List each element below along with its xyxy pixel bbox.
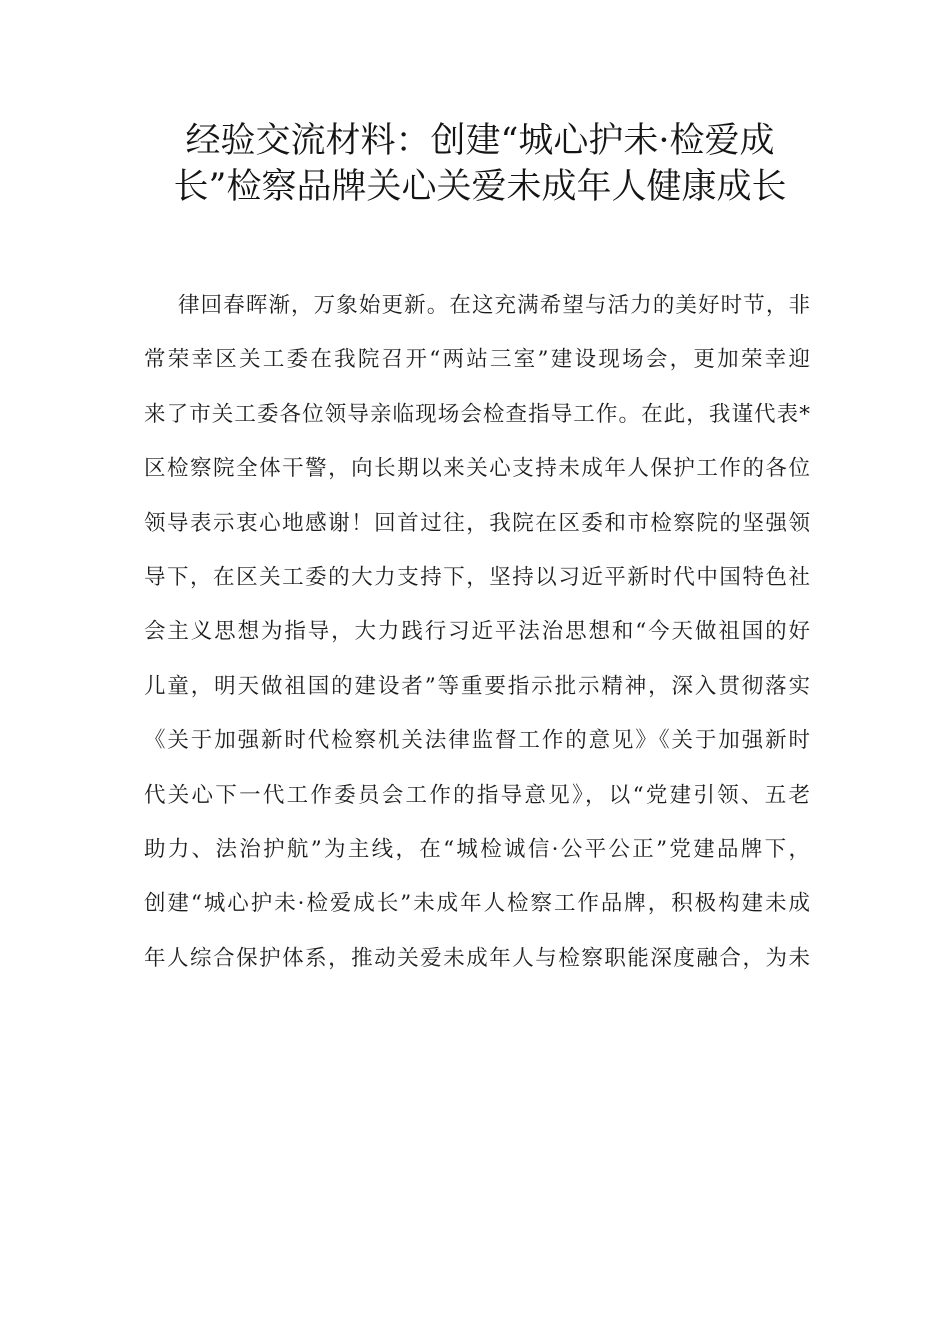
title-line-1: 经验交流材料：创建“城心护未·检爱成 [150, 118, 810, 164]
document-body: 律回春晖渐，万象始更新。在这充满希望与活力的美好时节，非 常荣幸区关工委在我院召… [144, 284, 810, 991]
body-line: 区检察院全体干警，向长期以来关心支持未成年人保护工作的各位 [144, 447, 810, 501]
body-line: 代关心下一代工作委员会工作的指导意见》，以“党建引领、五老 [144, 774, 810, 828]
document-title: 经验交流材料：创建“城心护未·检爱成 长”检察品牌关心关爱未成年人健康成长 [150, 118, 810, 210]
body-line: 导下，在区关工委的大力支持下，坚持以习近平新时代中国特色社 [144, 556, 810, 610]
body-line: 年人综合保护体系，推动关爱未成年人与检察职能深度融合，为未 [144, 937, 810, 991]
body-line: 儿童，明天做祖国的建设者”等重要指示批示精神，深入贯彻落实 [144, 665, 810, 719]
body-line: 领导表示衷心地感谢！回首过往，我院在区委和市检察院的坚强领 [144, 502, 810, 556]
body-line: 常荣幸区关工委在我院召开“两站三室”建设现场会，更加荣幸迎 [144, 338, 810, 392]
body-line: 《关于加强新时代检察机关法律监督工作的意见》《关于加强新时 [144, 719, 810, 773]
body-line: 来了市关工委各位领导亲临现场会检查指导工作。在此，我谨代表* [144, 393, 810, 447]
document-page: 经验交流材料：创建“城心护未·检爱成 长”检察品牌关心关爱未成年人健康成长 律回… [0, 0, 950, 1344]
body-line: 助力、法治护航”为主线，在“城检诚信·公平公正”党建品牌下， [144, 828, 810, 882]
body-line: 会主义思想为指导，大力践行习近平法治思想和“今天做祖国的好 [144, 610, 810, 664]
body-line: 创建“城心护未·检爱成长”未成年人检察工作品牌，积极构建未成 [144, 882, 810, 936]
body-line: 律回春晖渐，万象始更新。在这充满希望与活力的美好时节，非 [144, 284, 810, 338]
title-line-2: 长”检察品牌关心关爱未成年人健康成长 [150, 164, 810, 210]
